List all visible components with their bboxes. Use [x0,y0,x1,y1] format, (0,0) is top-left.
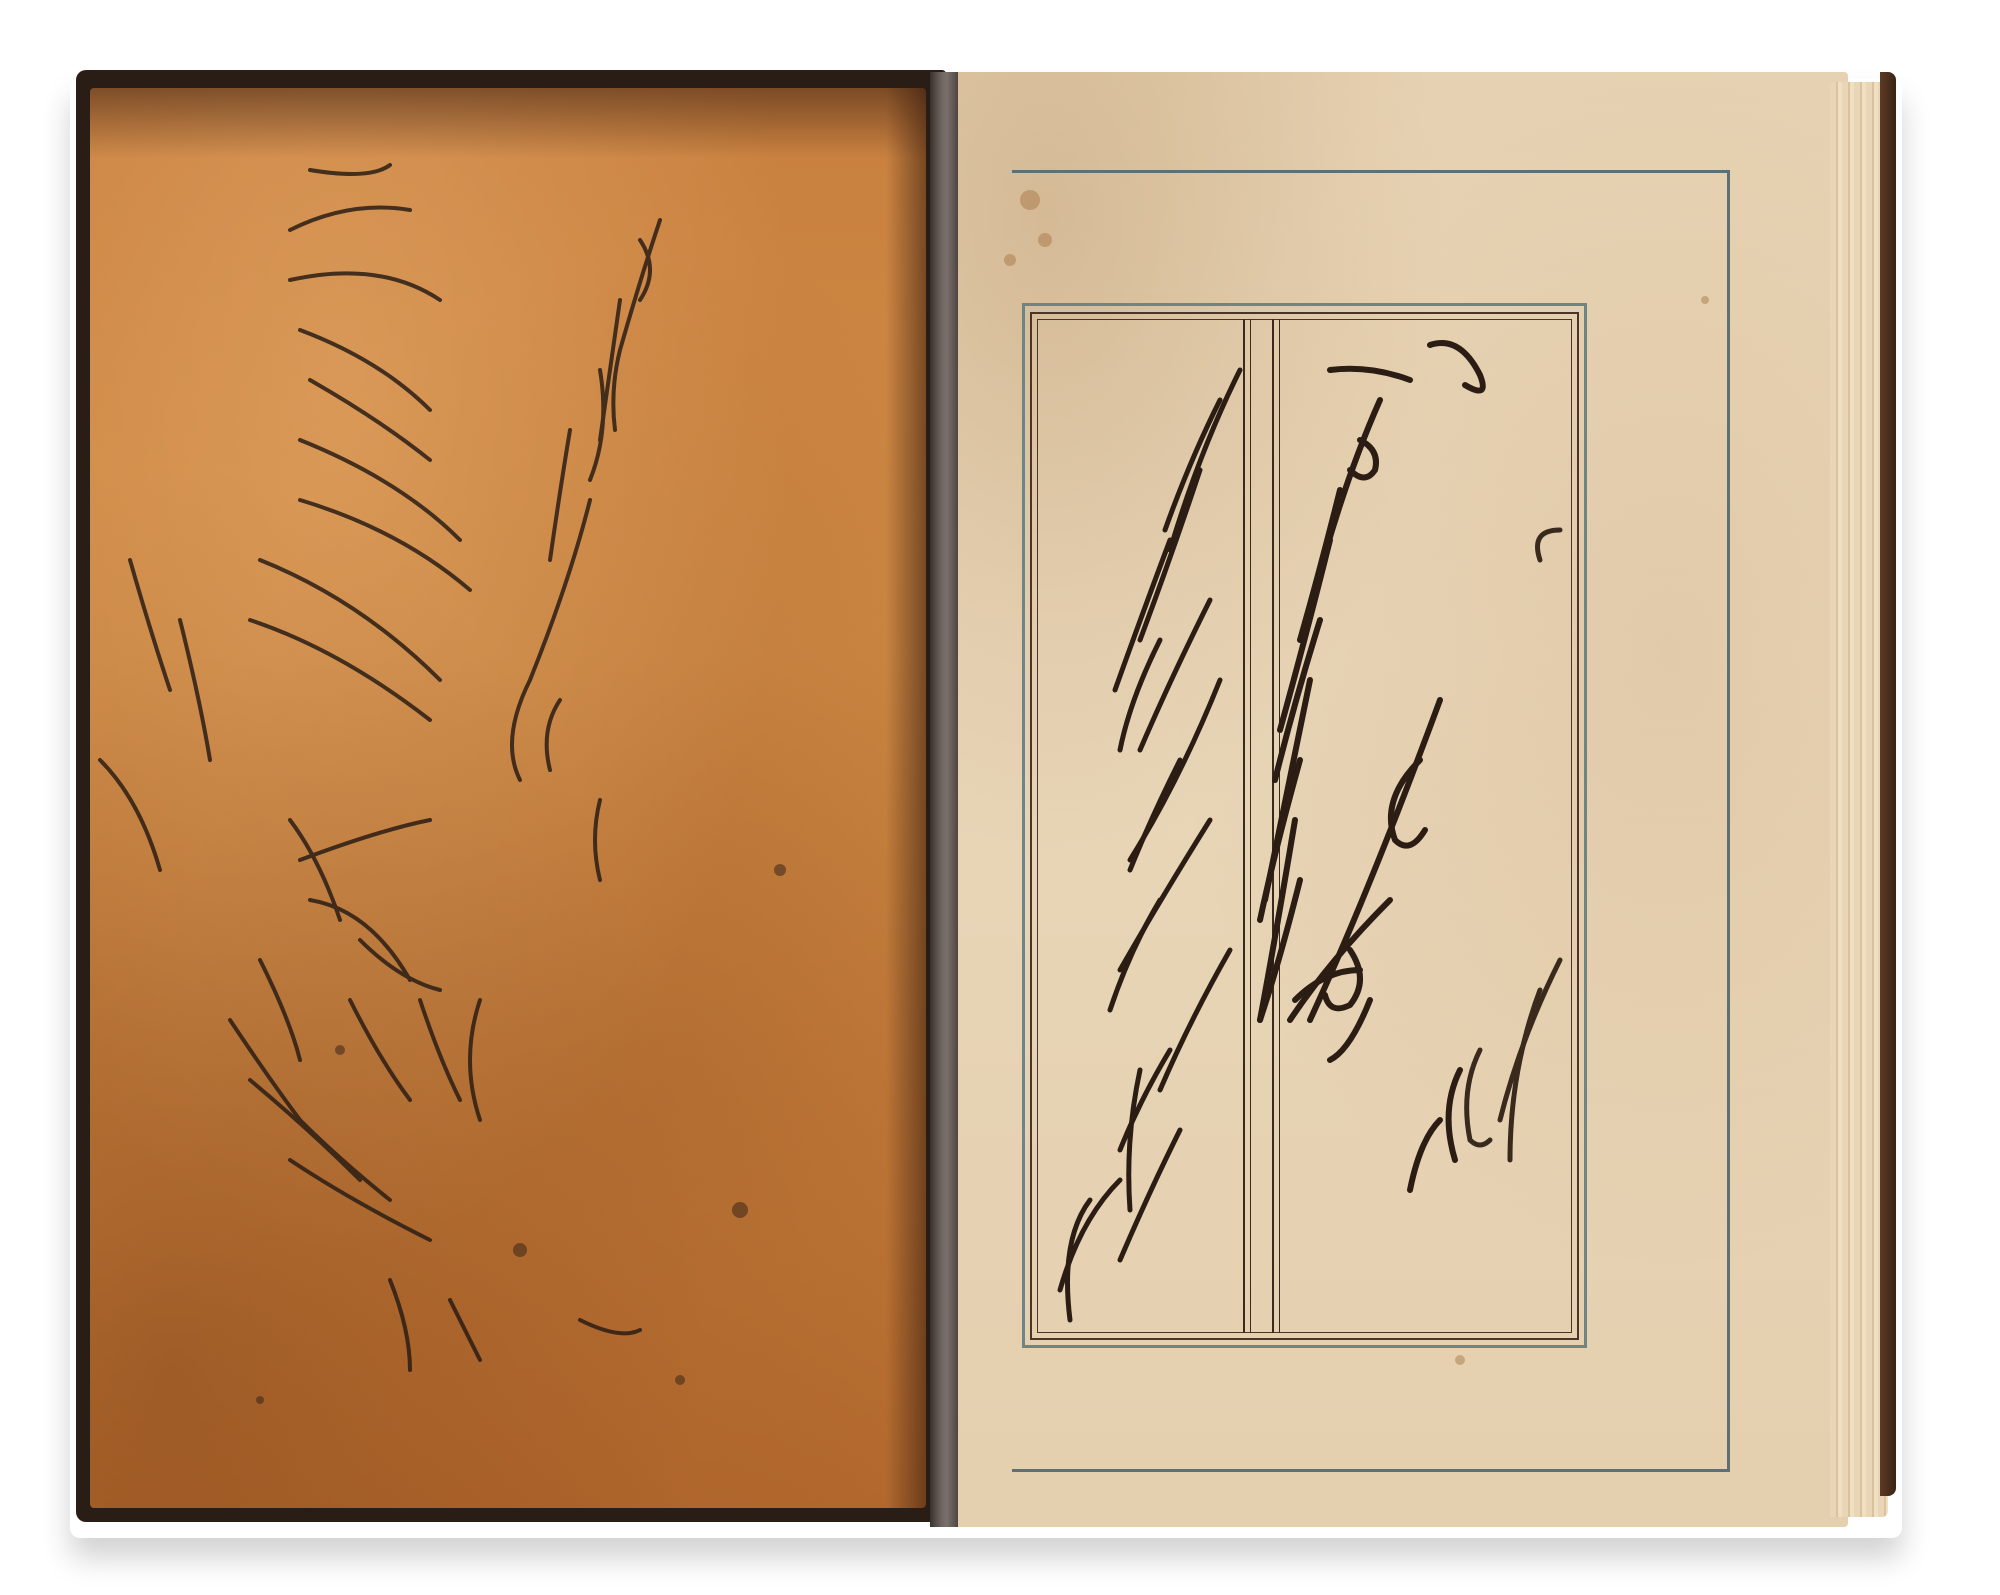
column-divider-right-rule-2 [1279,319,1280,1333]
right-board-edge [1880,72,1896,1496]
spine [930,72,958,1527]
column-divider-left-rule-2 [1250,319,1251,1333]
text-frame-rule-2 [1037,319,1572,1333]
column-divider-left-rule [1243,319,1245,1333]
column-divider-right-rule [1272,319,1274,1333]
left-board [76,70,946,1522]
left-doublure-leather [90,88,926,1508]
